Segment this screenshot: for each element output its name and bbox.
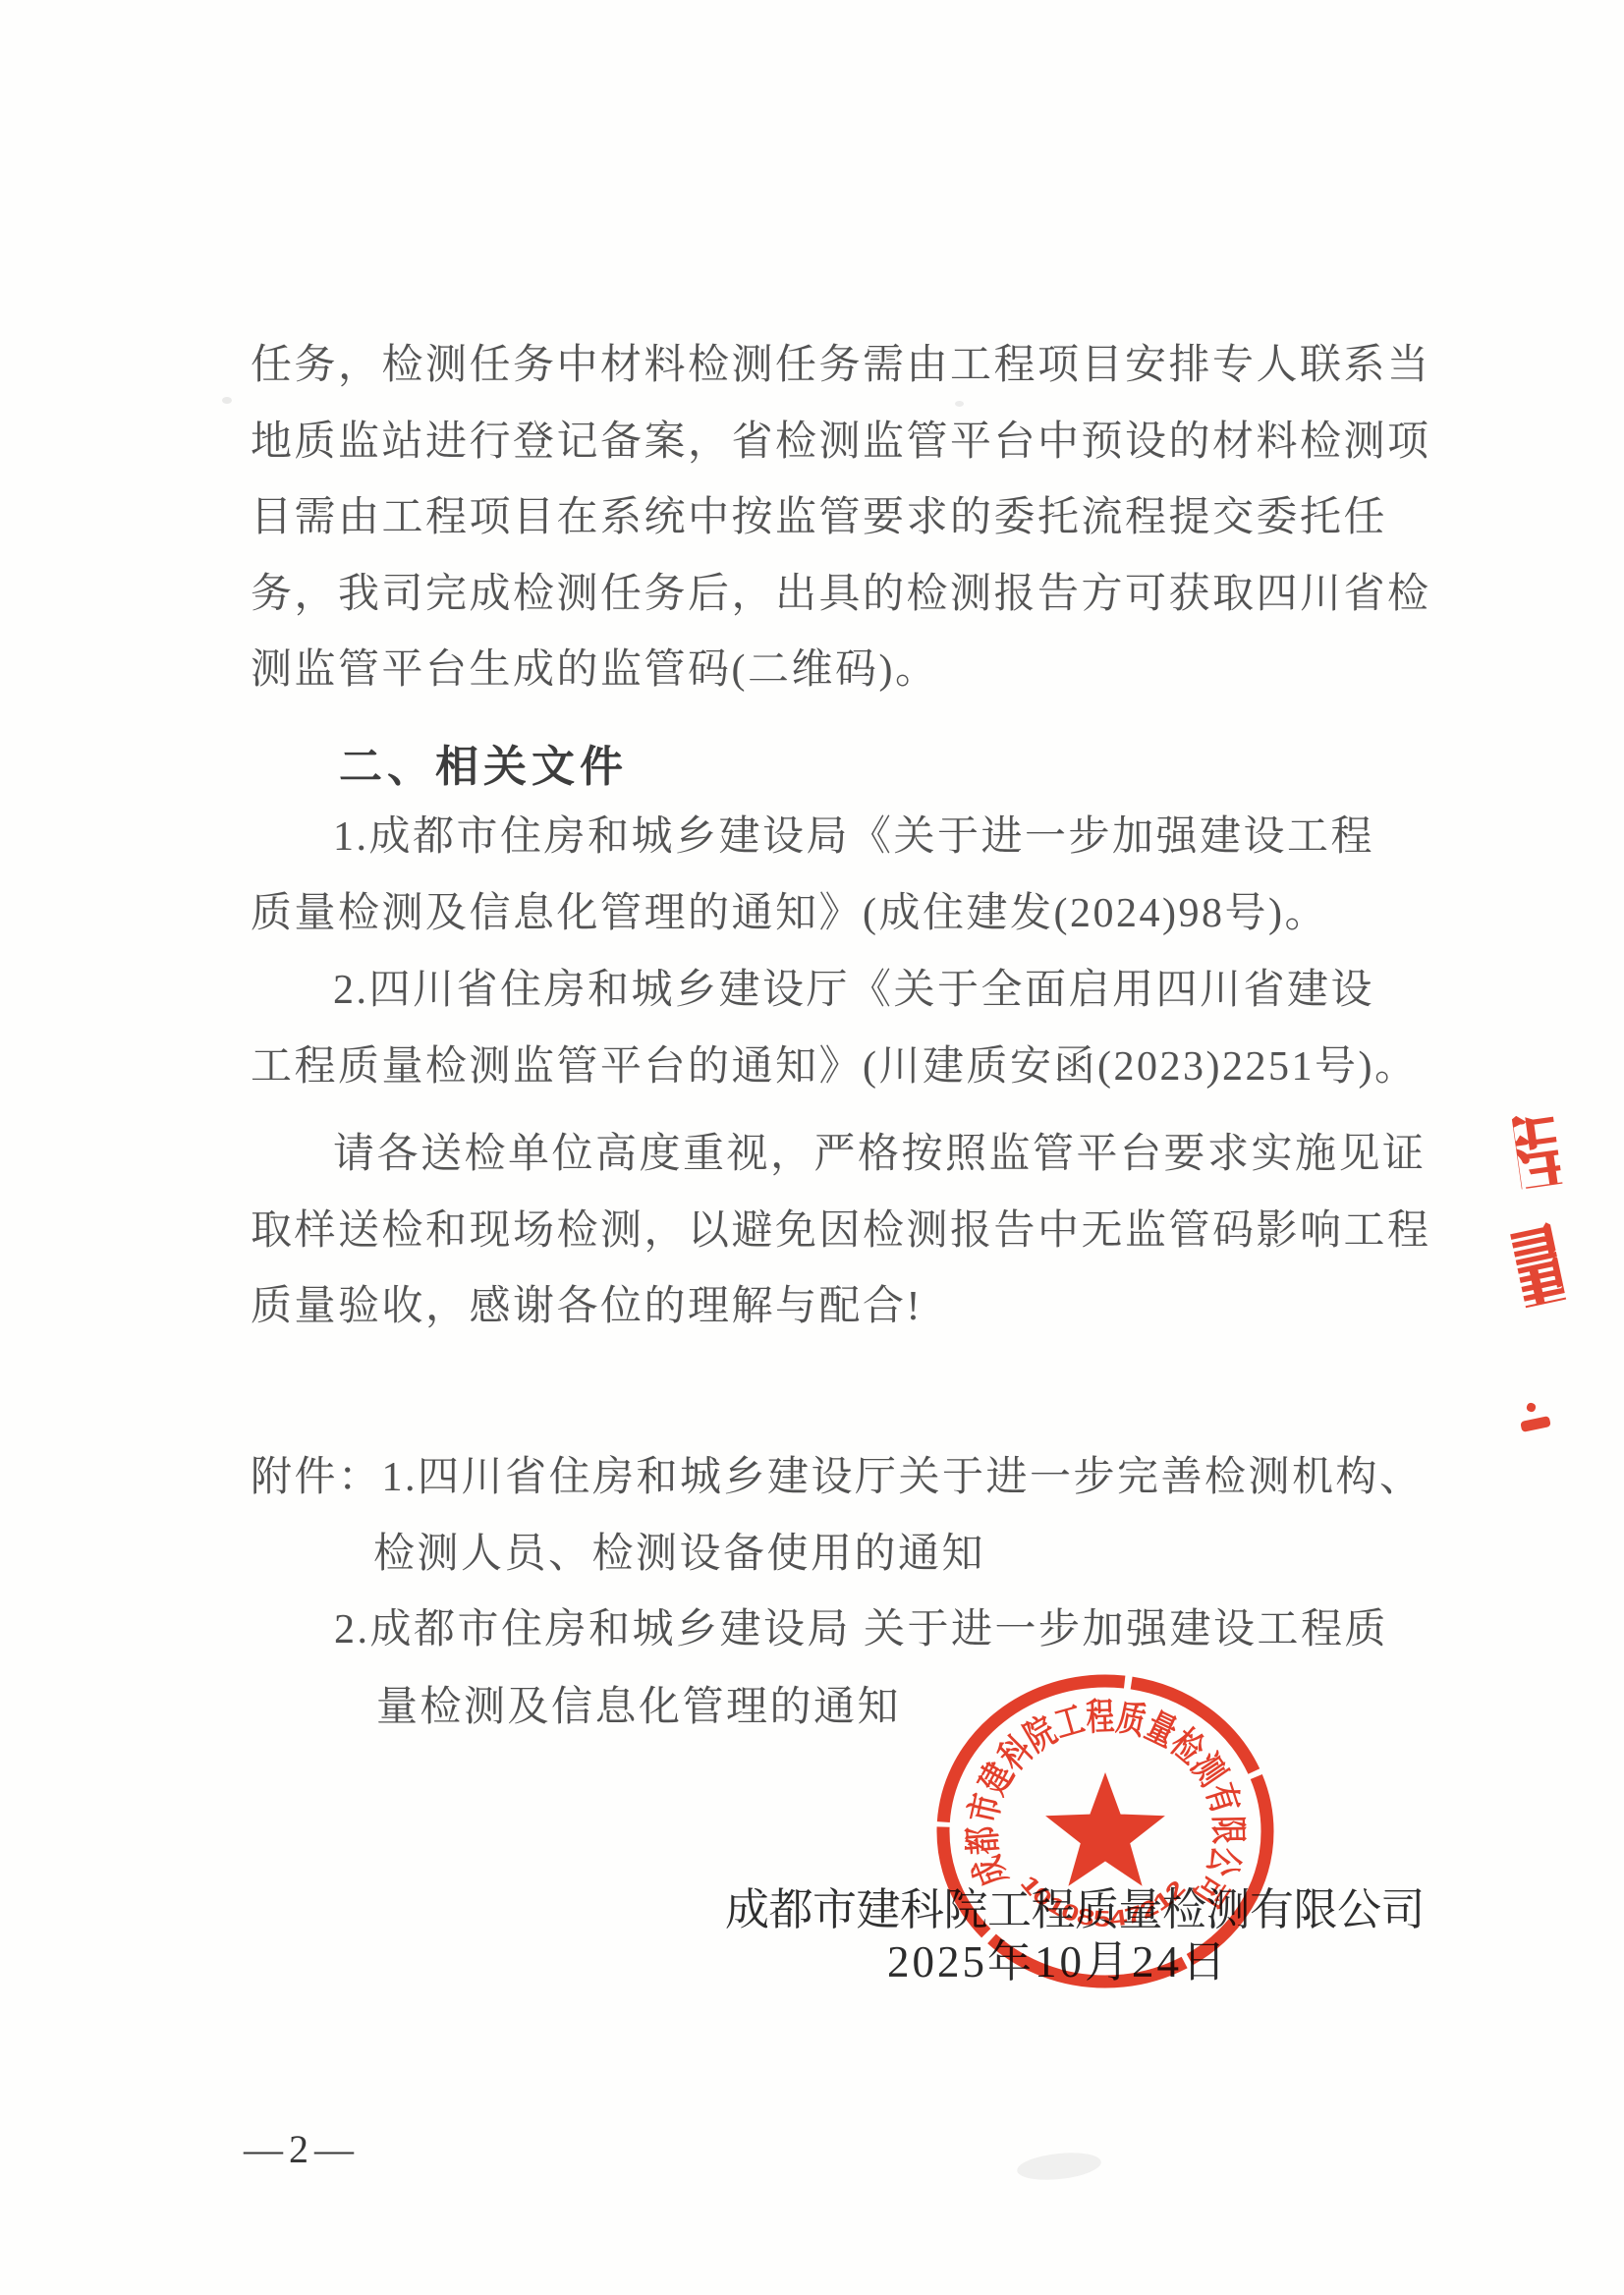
- stamp-fragment-mark: [1520, 1416, 1551, 1432]
- paragraph-closing-request: 请各送检单位高度重视，严格按照监管平台要求实施见证 取样送检和现场检测，以避免因…: [251, 1117, 1469, 1346]
- stamp-fragment-mark: [1526, 1402, 1538, 1414]
- document-page: 任务，检测任务中材料检测任务需由工程项目安排专人联系当 地质监站进行登记备案，省…: [0, 0, 1624, 2295]
- page-number: —2—: [244, 2126, 360, 2172]
- text-line: 测监管平台生成的监管码(二维码)。: [251, 633, 1469, 709]
- text-line: 地质监站进行登记备案，省检测监管平台中预设的材料检测项: [251, 405, 1469, 481]
- paragraph-monitoring-platform: 任务，检测任务中材料检测任务需由工程项目安排专人联系当 地质监站进行登记备案，省…: [251, 328, 1469, 709]
- attachment-line-2: 检测人员、检测设备使用的通知: [373, 1521, 985, 1580]
- text-line: 目需由工程项目在系统中按监管要求的委托流程提交委托任: [251, 480, 1469, 557]
- section-heading-related-documents: 二、相关文件: [339, 731, 628, 794]
- stamp-fragment-2: 量: [1505, 1202, 1566, 1309]
- company-seal-stamp: 成都市建科院工程质量检测有限公司 10108547212: [935, 1673, 1275, 1989]
- text-line: 2.四川省住房和城乡建设厅《关于全面启用四川省建设: [251, 953, 1469, 1030]
- text-line: 质量检测及信息化管理的通知》(成住建发(2024)98号)。: [251, 876, 1469, 953]
- scan-smudge: [1016, 2150, 1102, 2184]
- text-line: 工程质量检测监管平台的通知》(川建质安函(2023)2251号)。: [251, 1030, 1469, 1106]
- paragraph-document-1: 1.成都市住房和城乡建设局《关于进一步加强建设工程 质量检测及信息化管理的通知》…: [251, 800, 1469, 952]
- text-line: 请各送检单位高度重视，严格按照监管平台要求实施见证: [251, 1117, 1469, 1194]
- text-line: 质量验收，感谢各位的理解与配合!: [251, 1269, 1469, 1346]
- stamp-fragment-glyph: 量: [1505, 1202, 1566, 1309]
- text-line: 1.成都市住房和城乡建设局《关于进一步加强建设工程: [251, 800, 1469, 876]
- seal-code: 10108547212: [1016, 1871, 1191, 1931]
- scan-smudge: [955, 401, 964, 407]
- attachment-line-1: 附件：1.四川省住房和城乡建设厅关于进一步完善检测机构、: [251, 1444, 1424, 1503]
- attachment-line-4: 量检测及信息化管理的通知: [376, 1674, 901, 1733]
- text-line: 务，我司完成检测任务后，出具的检测报告方可获取四川省检: [251, 557, 1469, 634]
- seal-star-icon: [1045, 1772, 1165, 1886]
- stamp-fragment-1: 程: [1509, 1091, 1563, 1190]
- stamp-fragment-3: [1519, 1401, 1558, 1442]
- stamp-fragment-glyph: 程: [1509, 1091, 1563, 1190]
- text-line: 任务，检测任务中材料检测任务需由工程项目安排专人联系当: [251, 328, 1469, 405]
- attachment-line-3: 2.成都市住房和城乡建设局 关于进一步加强建设工程质: [334, 1596, 1388, 1655]
- scan-smudge: [222, 397, 232, 404]
- text-line: 取样送检和现场检测，以避免因检测报告中无监管码影响工程: [251, 1194, 1469, 1270]
- paragraph-document-2: 2.四川省住房和城乡建设厅《关于全面启用四川省建设 工程质量检测监管平台的通知》…: [251, 953, 1469, 1105]
